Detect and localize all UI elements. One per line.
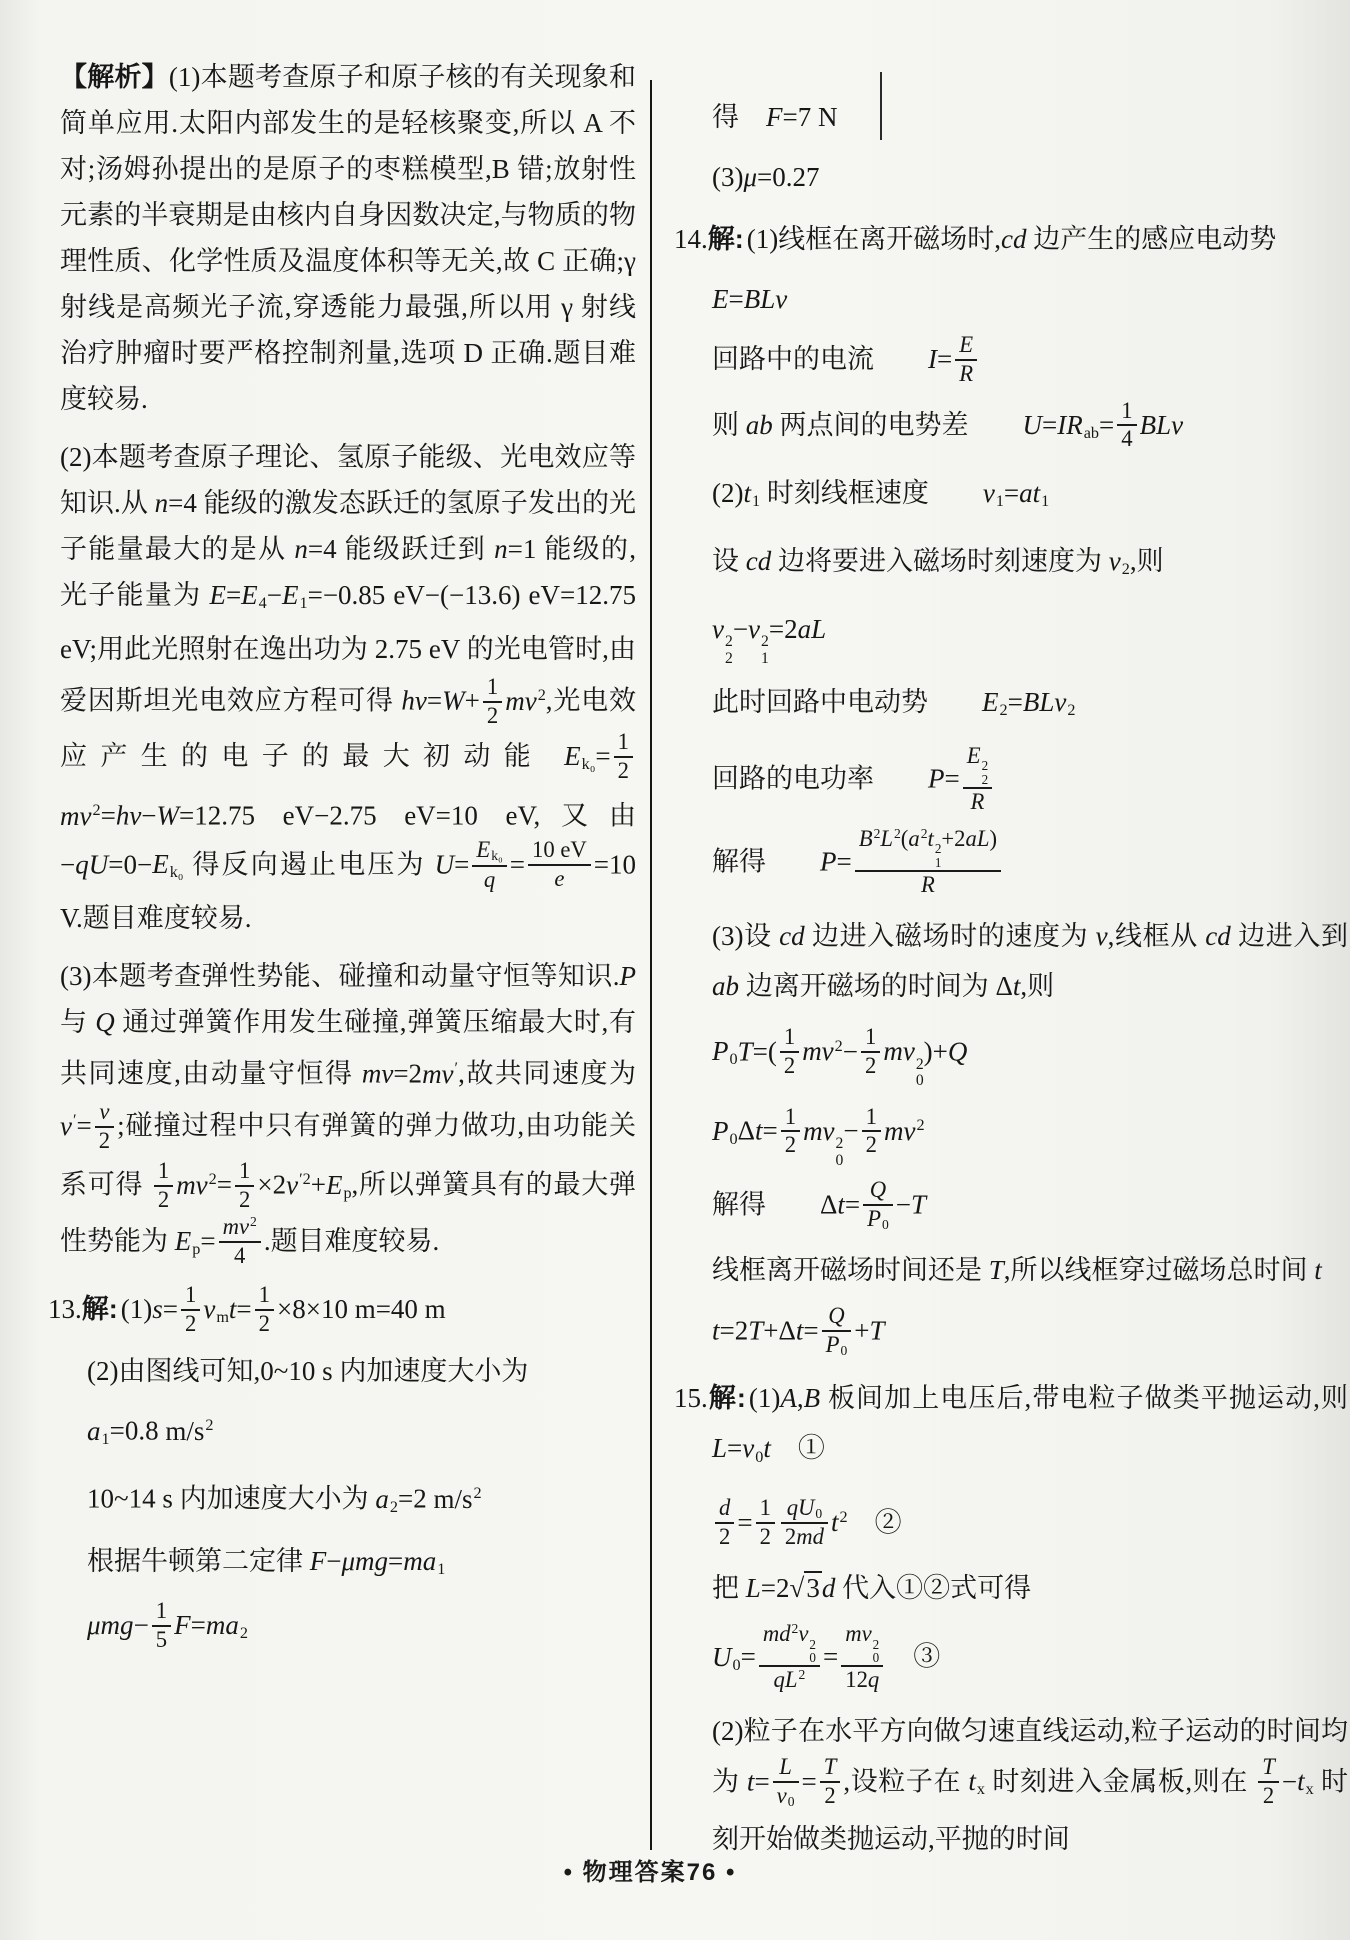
text-line: 线框离开磁场时间还是 T,所以线框穿过磁场总时间 t — [712, 1245, 1348, 1295]
fraction: 12 — [614, 729, 633, 785]
equation-line: t=2T+Δt=QP0+T — [712, 1305, 1348, 1361]
page-footer: • 物理答案76 • — [564, 1852, 737, 1887]
equation-line: 回路中的电流 I=ER — [712, 334, 1348, 390]
left-column: 【解析】(1)本题考查原子和原子核的有关现象和简单应用.太阳内部发生的是轻核聚变… — [60, 54, 636, 1668]
fraction: 12 — [154, 1158, 173, 1214]
equation-line: 13.解:(1)s=12vmt=12×8×10 m=40 m — [87, 1284, 636, 1340]
equation-line: U0=md2v20qL2=mv2012q ③ — [712, 1623, 1348, 1696]
paragraph-block: (2)本题考查原子理论、氢原子能级、光电效应等知识.从 n=4 能级的激发态跃迁… — [60, 434, 636, 941]
equation-line: 10~14 s 内加速度大小为 a2=2 m/s2 — [87, 1470, 636, 1530]
equation-line: 解得 Δt=QP0−T — [712, 1179, 1348, 1235]
text-line: 15.解:(1)A,B 板间加上电压后,带电粒子做类平抛运动,则 L=v0t ① — [712, 1373, 1348, 1481]
paragraph: 【解析】(1)本题考查原子和原子核的有关现象和简单应用.太阳内部发生的是轻核聚变… — [60, 54, 636, 422]
solution-item: 13.解:(1)s=12vmt=12×8×10 m=40 m(2)由图线可知,0… — [60, 1284, 636, 1656]
equation-line: 解得 P=B2L2(a2t21+2aL)R — [712, 828, 1348, 901]
equation-line: 此时回路中电动势 E2=BLv2 — [712, 677, 1348, 735]
paragraph-block: (3)本题考查弹性势能、碰撞和动量守恒等知识.P 与 Q 通过弹簧作用发生碰撞,… — [60, 953, 636, 1272]
equation-line: 得 F=7 N — [712, 92, 1348, 142]
item-number: 13.解: — [48, 1294, 118, 1324]
paragraph-block: 【解析】(1)本题考查原子和原子核的有关现象和简单应用.太阳内部发生的是轻核聚变… — [60, 54, 636, 422]
fraction: QP0 — [863, 1177, 893, 1233]
fraction: T2 — [820, 1754, 841, 1810]
fraction: mv2012q — [841, 1621, 883, 1694]
solution-item: 14.解:(1)线框在离开磁场时,cd 边产生的感应电动势E=BLv回路中的电流… — [712, 214, 1348, 1361]
equation-line: 回路的电功率 P=E22R — [712, 745, 1348, 818]
item-number: 15.解: — [674, 1383, 746, 1413]
equation-line: P0Δt=12mv20−12mv2 — [712, 1100, 1348, 1169]
equation-line: (3)μ=0.27 — [712, 152, 1348, 202]
paragraph: (3)本题考查弹性势能、碰撞和动量守恒等知识.P 与 Q 通过弹簧作用发生碰撞,… — [60, 953, 636, 1272]
item-number: 14.解: — [674, 224, 744, 254]
equation-line: 根据牛顿第二定律 F−μmg=ma1 — [87, 1538, 636, 1592]
fraction: qU02md — [781, 1495, 828, 1551]
answer-page: 【解析】(1)本题考查原子和原子核的有关现象和简单应用.太阳内部发生的是轻核聚变… — [0, 0, 1350, 1940]
fraction: B2L2(a2t21+2aL)R — [855, 826, 1001, 899]
fraction: mv24 — [219, 1214, 261, 1270]
equation-line: P0T=(12mv2−12mv20)+Q — [712, 1021, 1348, 1090]
fraction: 14 — [1117, 398, 1136, 454]
fraction: 12 — [862, 1104, 881, 1160]
fraction: md2v20qL2 — [759, 1621, 820, 1694]
equation-line: a1=0.8 m/s2 — [87, 1402, 636, 1462]
equation-line: v22−v21=2aL — [712, 604, 1348, 667]
text-line: 14.解:(1)线框在离开磁场时,cd 边产生的感应电动势 — [712, 214, 1348, 264]
solution-item: 15.解:(1)A,B 板间加上电压后,带电粒子做类平抛运动,则 L=v0t ①… — [712, 1373, 1348, 1864]
equation-line: d2=12qU02mdt2 ② — [712, 1492, 1348, 1554]
equation-line: (2)由图线可知,0~10 s 内加速度大小为 — [87, 1348, 636, 1394]
equation-line: 把 L=2√3d 代入①②式可得 — [712, 1563, 1348, 1613]
fraction: E22R — [963, 743, 992, 816]
fraction: d2 — [715, 1495, 734, 1551]
equation-line: μmg−15F=ma2 — [87, 1600, 636, 1656]
fraction: T2 — [1258, 1754, 1279, 1810]
fraction: 12 — [780, 1024, 799, 1080]
paragraph-block: 得 F=7 N(3)μ=0.27 — [712, 92, 1348, 202]
equation-line: (2)t1 时刻线框速度 v1=at1 — [712, 468, 1348, 526]
text-line: (3)设 cd 边进入磁场时的速度为 v,线框从 cd 边进入到 ab 边离开磁… — [712, 911, 1348, 1011]
text-line: 设 cd 边将要进入磁场时刻速度为 v2,则 — [712, 536, 1348, 594]
fraction: 12 — [861, 1024, 880, 1080]
fraction: 12 — [181, 1282, 200, 1338]
fraction: QP0 — [822, 1303, 852, 1359]
text-line: (2)粒子在水平方向做匀速直线运动,粒子运动的时间均为 t=Lv0=T2,设粒子… — [712, 1706, 1348, 1864]
fraction: 12 — [235, 1158, 254, 1214]
footer-text: • 物理答案76 • — [564, 1859, 737, 1886]
fraction: 12 — [255, 1282, 274, 1338]
column-divider — [650, 80, 652, 1850]
equation-line: 则 ab 两点间的电势差 U=IRab=14BLv — [712, 400, 1348, 458]
fraction: 12 — [756, 1495, 775, 1551]
right-column: 得 F=7 N(3)μ=0.2714.解:(1)线框在离开磁场时,cd 边产生的… — [712, 92, 1348, 1876]
fraction: Lv0 — [773, 1754, 799, 1810]
fraction: ER — [955, 332, 977, 388]
fraction: Ek₀q — [472, 837, 506, 893]
paragraph: (2)本题考查原子理论、氢原子能级、光电效应等知识.从 n=4 能级的激发态跃迁… — [60, 434, 636, 941]
fraction: 10 eVe — [528, 837, 591, 893]
fraction: v2 — [95, 1099, 114, 1155]
equation-line: E=BLv — [712, 274, 1348, 324]
fraction: 12 — [483, 674, 502, 730]
fraction: 15 — [152, 1598, 171, 1654]
fraction: 12 — [781, 1104, 800, 1160]
